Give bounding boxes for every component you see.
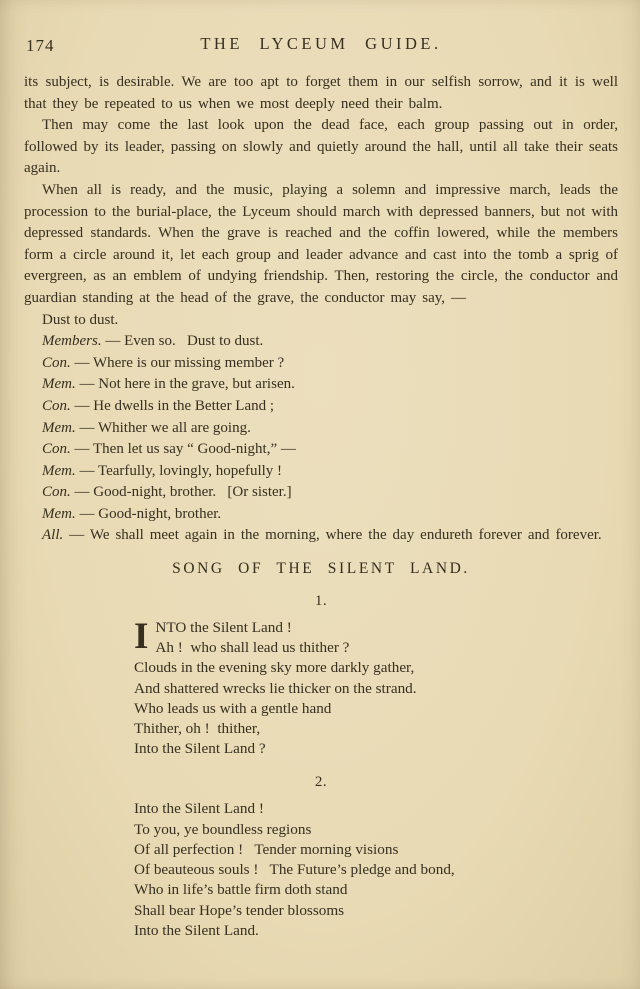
drop-cap: I (134, 619, 148, 655)
verse-line: Into the Silent Land ! (134, 799, 618, 819)
dialogue-text: — Good-night, brother. (76, 506, 221, 522)
dialogue-line: Mem. — Good-night, brother. (24, 504, 618, 526)
speaker-label: Mem. (42, 506, 76, 522)
paragraph: Then may come the last look upon the dea… (24, 115, 618, 180)
dialogue-line: Con. — Then let us say “ Good-night,” — (24, 439, 618, 461)
speaker-label: Con. (42, 398, 71, 414)
speaker-label: Mem. (42, 463, 76, 479)
dialogue-line: Mem. — Whither we all are going. (24, 418, 618, 440)
verse-line: Of all perfection ! Tender morning visio… (134, 840, 618, 860)
verse-line: To you, ye boundless regions (134, 820, 618, 840)
song-title: SONG OF THE SILENT LAND. (24, 560, 618, 578)
dialogue-line: Con. — Where is our missing member ? (24, 353, 618, 375)
dialogue-line: Dust to dust. (24, 310, 618, 332)
verse-line: Into the Silent Land ? (134, 739, 618, 759)
verse-line: Ah ! who shall lead us thither ? (134, 638, 618, 658)
dialogue-line: Con. — He dwells in the Better Land ; (24, 396, 618, 418)
verse-number: 2. (24, 774, 618, 791)
speaker-label: All. (42, 527, 63, 543)
paragraph: its subject, is desirable. We are too ap… (24, 72, 618, 115)
body-paragraphs: its subject, is desirable. We are too ap… (24, 72, 618, 310)
page-number: 174 (26, 36, 55, 56)
dialogue-text: — Where is our missing member ? (71, 355, 284, 371)
speaker-label: Mem. (42, 420, 76, 436)
verse-number: 1. (24, 593, 618, 610)
speaker-label: Con. (42, 484, 71, 500)
verse-line: Clouds in the evening sky more darkly ga… (134, 658, 618, 678)
book-page: 174 THE LYCEUM GUIDE. its subject, is de… (0, 0, 640, 989)
dialogue-text: — Not here in the grave, but arisen. (76, 376, 295, 392)
verse-line: Thither, oh ! thither, (134, 719, 618, 739)
dialogue-line: All. — We shall meet again in the mornin… (24, 525, 618, 547)
dialogue-line: Members. — Even so. Dust to dust. (24, 331, 618, 353)
dialogue-section: Dust to dust.Members. — Even so. Dust to… (24, 310, 618, 548)
verse-line: Shall bear Hope’s tender blossoms (134, 901, 618, 921)
verse-block: Into the Silent Land !To you, ye boundle… (134, 799, 618, 940)
verse-line: Of beauteous souls ! The Future’s pledge… (134, 860, 618, 880)
verse-line: And shattered wrecks lie thicker on the … (134, 679, 618, 699)
verse-line: NTO the Silent Land ! (134, 618, 618, 638)
speaker-label: Mem. (42, 376, 76, 392)
paragraph: When all is ready, and the music, playin… (24, 180, 618, 310)
dialogue-text: — Whither we all are going. (76, 420, 251, 436)
speaker-label: Con. (42, 355, 71, 371)
dialogue-line: Con. — Good-night, brother. [Or sister.] (24, 482, 618, 504)
speaker-label: Members. (42, 333, 102, 349)
song-verses: 1.INTO the Silent Land !Ah ! who shall l… (24, 593, 618, 941)
dialogue-text: — Then let us say “ Good-night,” — (71, 441, 296, 457)
dialogue-line: Mem. — Not here in the grave, but arisen… (24, 374, 618, 396)
dialogue-text: — Good-night, brother. [Or sister.] (71, 484, 292, 500)
dialogue-text: — Even so. Dust to dust. (102, 333, 264, 349)
verse-line: Into the Silent Land. (134, 921, 618, 941)
dialogue-line: Mem. — Tearfully, lovingly, hopefully ! (24, 461, 618, 483)
page-header: 174 THE LYCEUM GUIDE. (24, 34, 618, 58)
verse-line: Who leads us with a gentle hand (134, 699, 618, 719)
dialogue-text: — Tearfully, lovingly, hopefully ! (76, 463, 282, 479)
verse-block: INTO the Silent Land !Ah ! who shall lea… (134, 618, 618, 759)
dialogue-text: — We shall meet again in the morning, wh… (63, 527, 601, 543)
dialogue-text: — He dwells in the Better Land ; (71, 398, 274, 414)
speaker-label: Con. (42, 441, 71, 457)
running-title: THE LYCEUM GUIDE. (24, 34, 618, 54)
dialogue-text: Dust to dust. (42, 312, 118, 328)
verse-line: Who in life’s battle firm doth stand (134, 880, 618, 900)
